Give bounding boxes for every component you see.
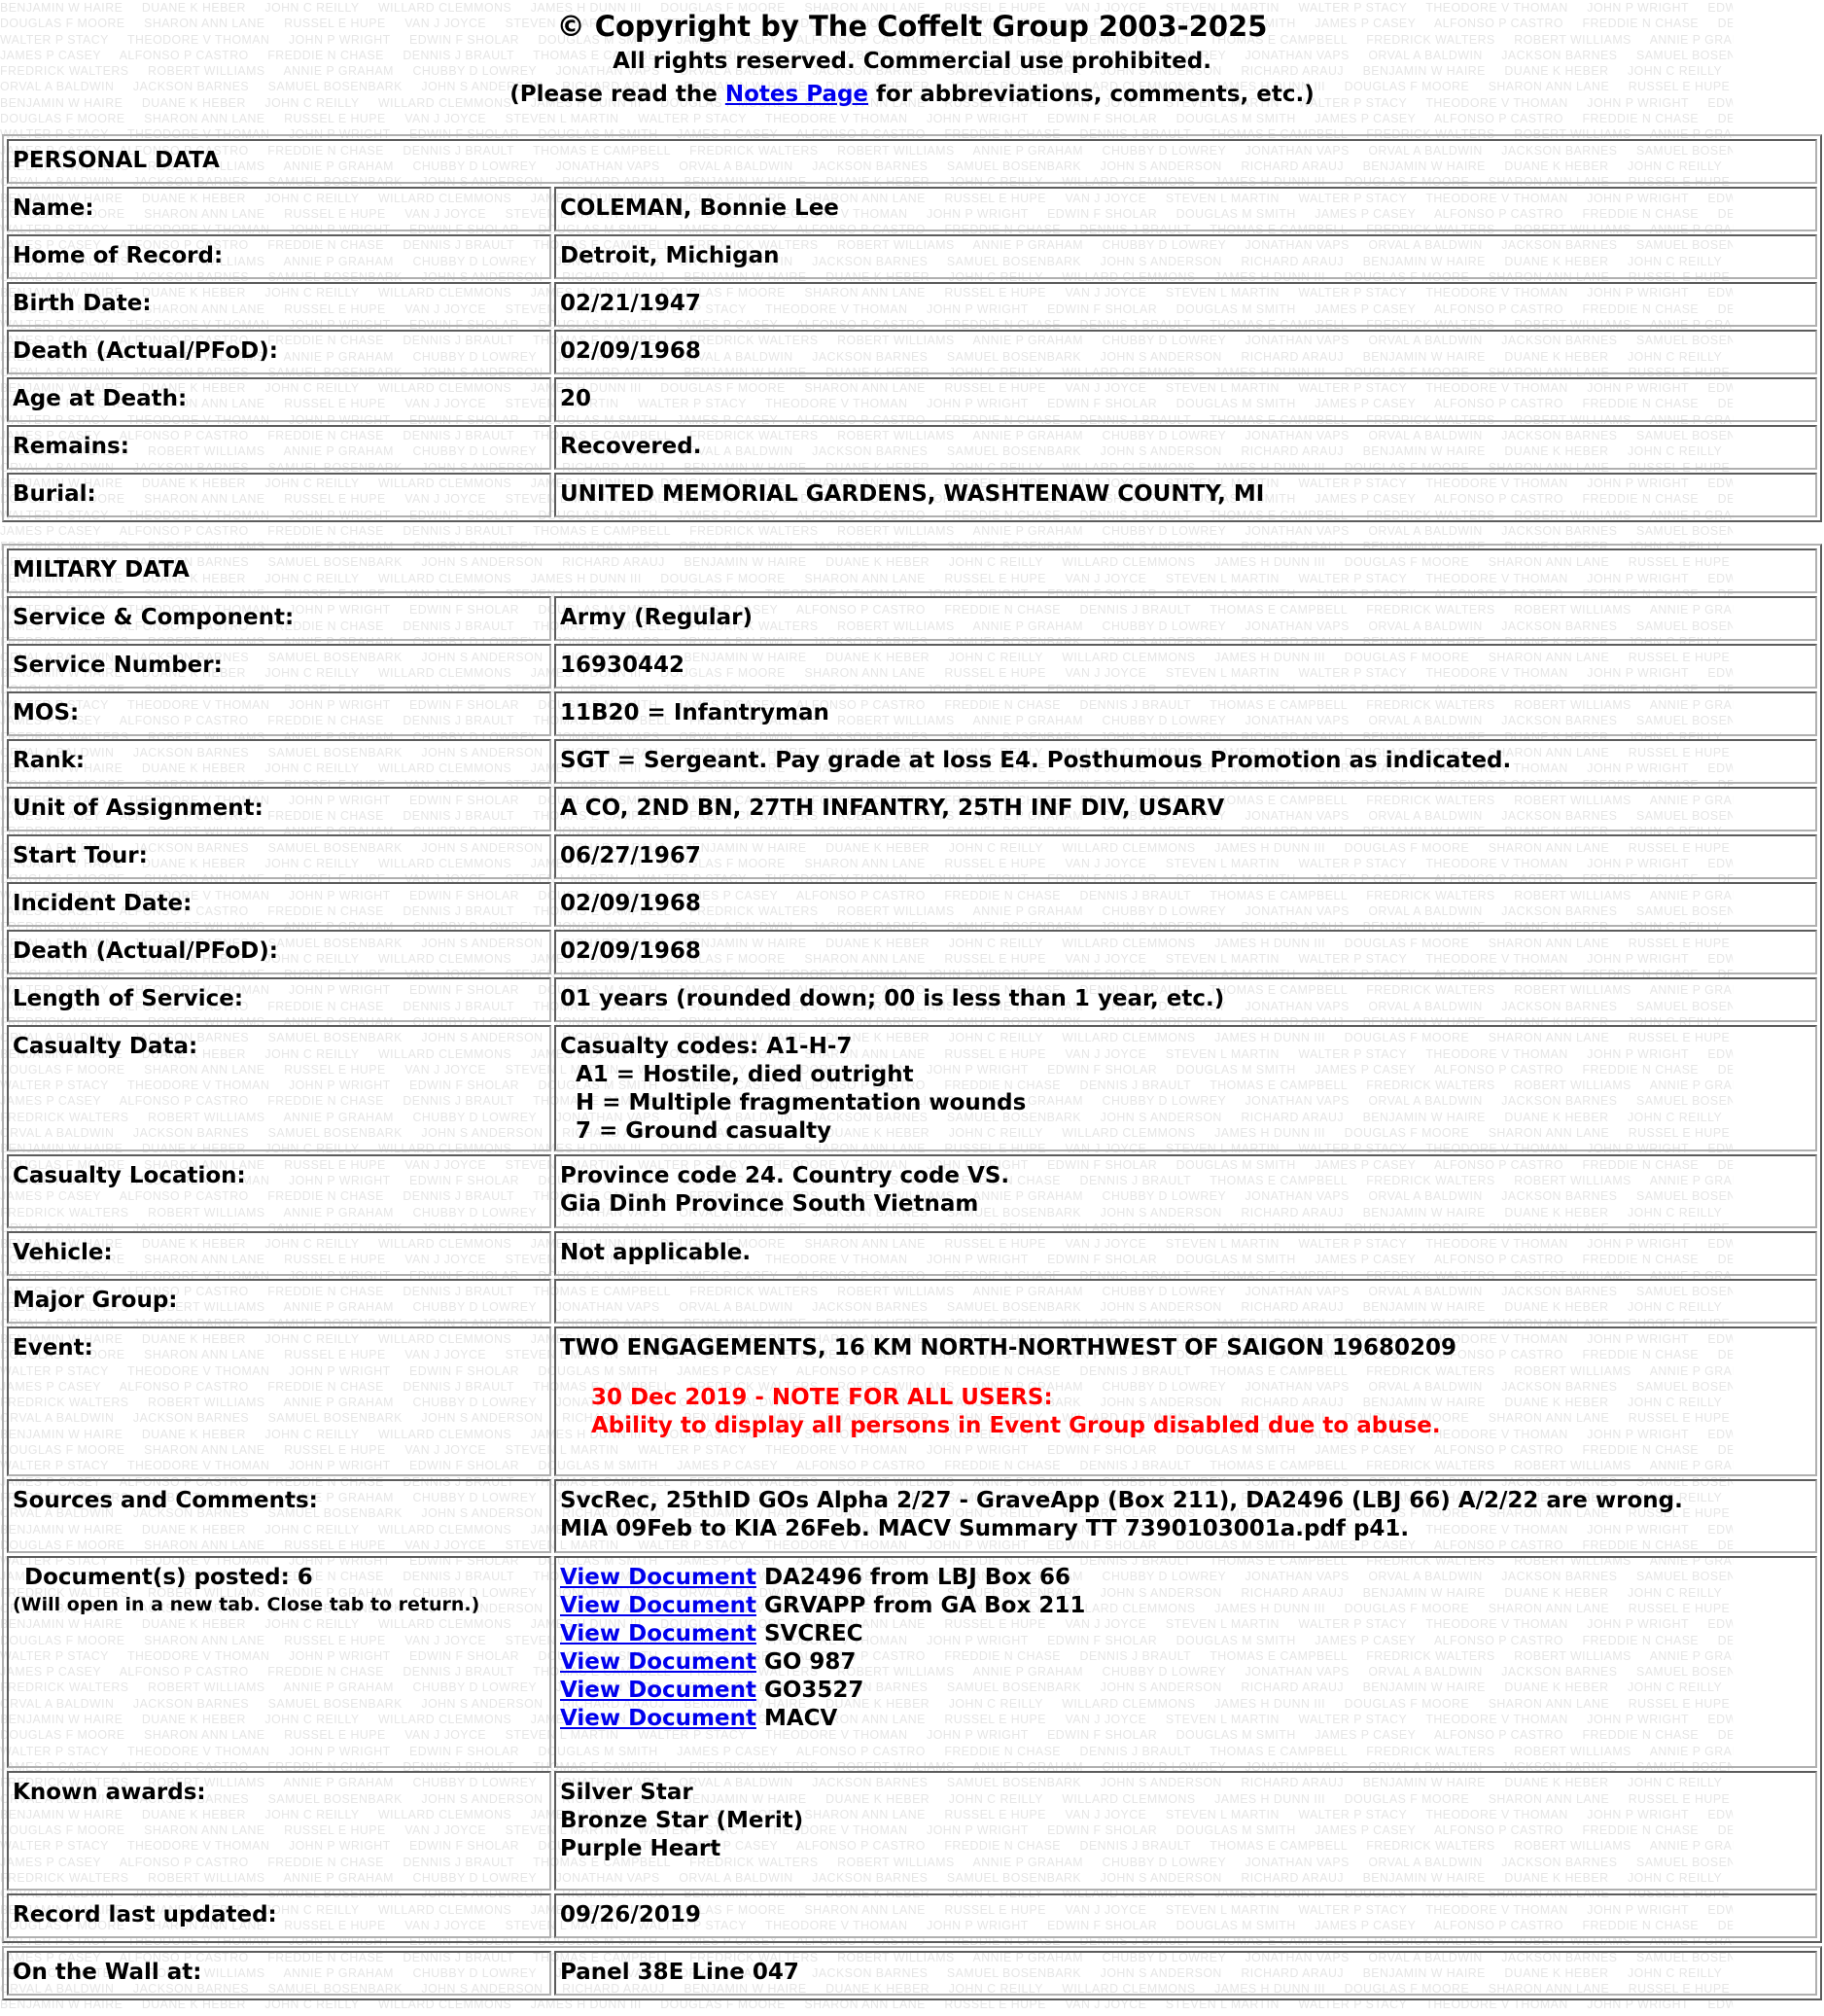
field-label: Name: — [7, 187, 551, 231]
document-item: View Document SVCREC — [560, 1620, 1811, 1648]
row-service-component: Service & Component:Army (Regular) — [7, 596, 1817, 641]
row-mos: MOS:11B20 = Infantryman — [7, 691, 1817, 736]
row-sources: Sources and Comments: SvcRec, 25thID GOs… — [7, 1479, 1817, 1553]
wall-table: On the Wall at:Panel 38E Line 047 — [2, 1946, 1822, 2000]
documents-note: (Will open in a new tab. Close tab to re… — [13, 1592, 545, 1617]
row-death: Death (Actual/PFoD):02/09/1968 — [7, 930, 1817, 974]
field-value: COLEMAN, Bonnie Lee — [554, 187, 1817, 231]
document-description: GO 987 — [764, 1649, 856, 1675]
notes-page-link[interactable]: Notes Page — [725, 82, 868, 107]
row-start-tour: Start Tour:06/27/1967 — [7, 834, 1817, 879]
field-label: Home of Record: — [7, 234, 551, 279]
row-vehicle: Vehicle:Not applicable. — [7, 1231, 1817, 1276]
award-item: Silver Star — [560, 1779, 1811, 1807]
vehicle-value: Not applicable. — [554, 1231, 1817, 1276]
row-unit: Unit of Assignment:A CO, 2ND BN, 27TH IN… — [7, 787, 1817, 831]
document-item: View Document GO 987 — [560, 1648, 1811, 1677]
row-rank: Rank:SGT = Sergeant. Pay grade at loss E… — [7, 739, 1817, 784]
field-value: 02/09/1968 — [554, 330, 1817, 374]
view-document-link[interactable]: View Document — [560, 1706, 756, 1731]
event-notice-title: 30 Dec 2019 - NOTE FOR ALL USERS: — [560, 1384, 1811, 1412]
view-document-link[interactable]: View Document — [560, 1565, 756, 1590]
row-awards: Known awards: Silver Star Bronze Star (M… — [7, 1771, 1817, 1891]
personal-row: Home of Record:Detroit, Michigan — [7, 234, 1817, 279]
event-value: TWO ENGAGEMENTS, 16 KM NORTH-NORTHWEST O… — [554, 1326, 1817, 1476]
row-casualty-location: Casualty Location: Province code 24. Cou… — [7, 1154, 1817, 1228]
view-document-link[interactable]: View Document — [560, 1649, 756, 1675]
award-item: Purple Heart — [560, 1835, 1811, 1863]
document-item: View Document GRVAPP from GA Box 211 — [560, 1592, 1811, 1620]
field-value: Detroit, Michigan — [554, 234, 1817, 279]
event-notice-body: Ability to display all persons in Event … — [560, 1412, 1811, 1440]
field-label: Remains: — [7, 425, 551, 470]
personal-row: Name:COLEMAN, Bonnie Lee — [7, 187, 1817, 231]
length-service-value: 01 years (rounded down; 00 is less than … — [554, 977, 1817, 1022]
document-description: GRVAPP from GA Box 211 — [764, 1593, 1085, 1618]
row-incident-date: Incident Date:02/09/1968 — [7, 882, 1817, 927]
incident-date-value: 02/09/1968 — [554, 882, 1817, 927]
casualty-data-value: Casualty codes: A1-H-7 A1 = Hostile, die… — [554, 1025, 1817, 1151]
field-label: Death (Actual/PFoD): — [7, 330, 551, 374]
view-document-link[interactable]: View Document — [560, 1621, 756, 1646]
personal-row: Birth Date:02/21/1947 — [7, 282, 1817, 327]
document-description: GO3527 — [764, 1678, 863, 1703]
death-value: 02/09/1968 — [554, 930, 1817, 974]
row-service-number: Service Number:16930442 — [7, 644, 1817, 689]
start-tour-value: 06/27/1967 — [554, 834, 1817, 879]
rights-notice: All rights reserved. Commercial use proh… — [0, 45, 1824, 78]
field-value: UNITED MEMORIAL GARDENS, WASHTENAW COUNT… — [554, 473, 1817, 517]
row-wall: On the Wall at:Panel 38E Line 047 — [7, 1951, 1817, 1996]
personal-data-table: PERSONAL DATA Name:COLEMAN, Bonnie LeeHo… — [2, 134, 1822, 522]
last-updated-value: 09/26/2019 — [554, 1893, 1817, 1938]
document-description: SVCREC — [764, 1621, 863, 1646]
personal-row: Age at Death:20 — [7, 377, 1817, 422]
document-description: MACV — [764, 1706, 837, 1731]
row-casualty-data: Casualty Data: Casualty codes: A1-H-7 A1… — [7, 1025, 1817, 1151]
row-documents: Document(s) posted: 6 (Will open in a ne… — [7, 1556, 1817, 1768]
wall-location-value: Panel 38E Line 047 — [554, 1951, 1817, 1996]
military-data-heading: MILTARY DATA — [7, 548, 1817, 593]
major-group-value — [554, 1279, 1817, 1324]
personal-row: Remains:Recovered. — [7, 425, 1817, 470]
field-label: Age at Death: — [7, 377, 551, 422]
row-major-group: Major Group: — [7, 1279, 1817, 1324]
awards-value: Silver Star Bronze Star (Merit) Purple H… — [554, 1771, 1817, 1891]
military-data-table: MILTARY DATA Service & Component:Army (R… — [2, 544, 1822, 1943]
field-value: Recovered. — [554, 425, 1817, 470]
document-item: View Document MACV — [560, 1705, 1811, 1733]
view-document-link[interactable]: View Document — [560, 1593, 756, 1618]
field-label: Birth Date: — [7, 282, 551, 327]
copyright-title: © Copyright by The Coffelt Group 2003-20… — [0, 8, 1824, 45]
document-item: View Document DA2496 from LBJ Box 66 — [560, 1564, 1811, 1592]
document-description: DA2496 from LBJ Box 66 — [764, 1565, 1070, 1590]
unit-value: A CO, 2ND BN, 27TH INFANTRY, 25TH INF DI… — [554, 787, 1817, 831]
personal-row: Burial:UNITED MEMORIAL GARDENS, WASHTENA… — [7, 473, 1817, 517]
casualty-location-value: Province code 24. Country code VS. Gia D… — [554, 1154, 1817, 1228]
award-item: Bronze Star (Merit) — [560, 1807, 1811, 1835]
row-event: Event: TWO ENGAGEMENTS, 16 KM NORTH-NORT… — [7, 1326, 1817, 1476]
rank-value: SGT = Sergeant. Pay grade at loss E4. Po… — [554, 739, 1817, 784]
row-last-updated: Record last updated:09/26/2019 — [7, 1893, 1817, 1938]
row-length-service: Length of Service:01 years (rounded down… — [7, 977, 1817, 1022]
documents-label: Document(s) posted: 6 (Will open in a ne… — [7, 1556, 551, 1768]
field-value: 20 — [554, 377, 1817, 422]
field-value: 02/21/1947 — [554, 282, 1817, 327]
sources-value: SvcRec, 25thID GOs Alpha 2/27 - GraveApp… — [554, 1479, 1817, 1553]
personal-row: Death (Actual/PFoD):02/09/1968 — [7, 330, 1817, 374]
field-label: Burial: — [7, 473, 551, 517]
personal-data-heading: PERSONAL DATA — [7, 139, 1817, 184]
document-item: View Document GO3527 — [560, 1677, 1811, 1705]
documents-list: View Document DA2496 from LBJ Box 66View… — [554, 1556, 1817, 1768]
mos-value: 11B20 = Infantryman — [554, 691, 1817, 736]
view-document-link[interactable]: View Document — [560, 1678, 756, 1703]
notes-notice: (Please read the Notes Page for abbrevia… — [0, 78, 1824, 111]
copyright-header: © Copyright by The Coffelt Group 2003-20… — [0, 0, 1824, 128]
service-component-value: Army (Regular) — [554, 596, 1817, 641]
service-number-value: 16930442 — [554, 644, 1817, 689]
